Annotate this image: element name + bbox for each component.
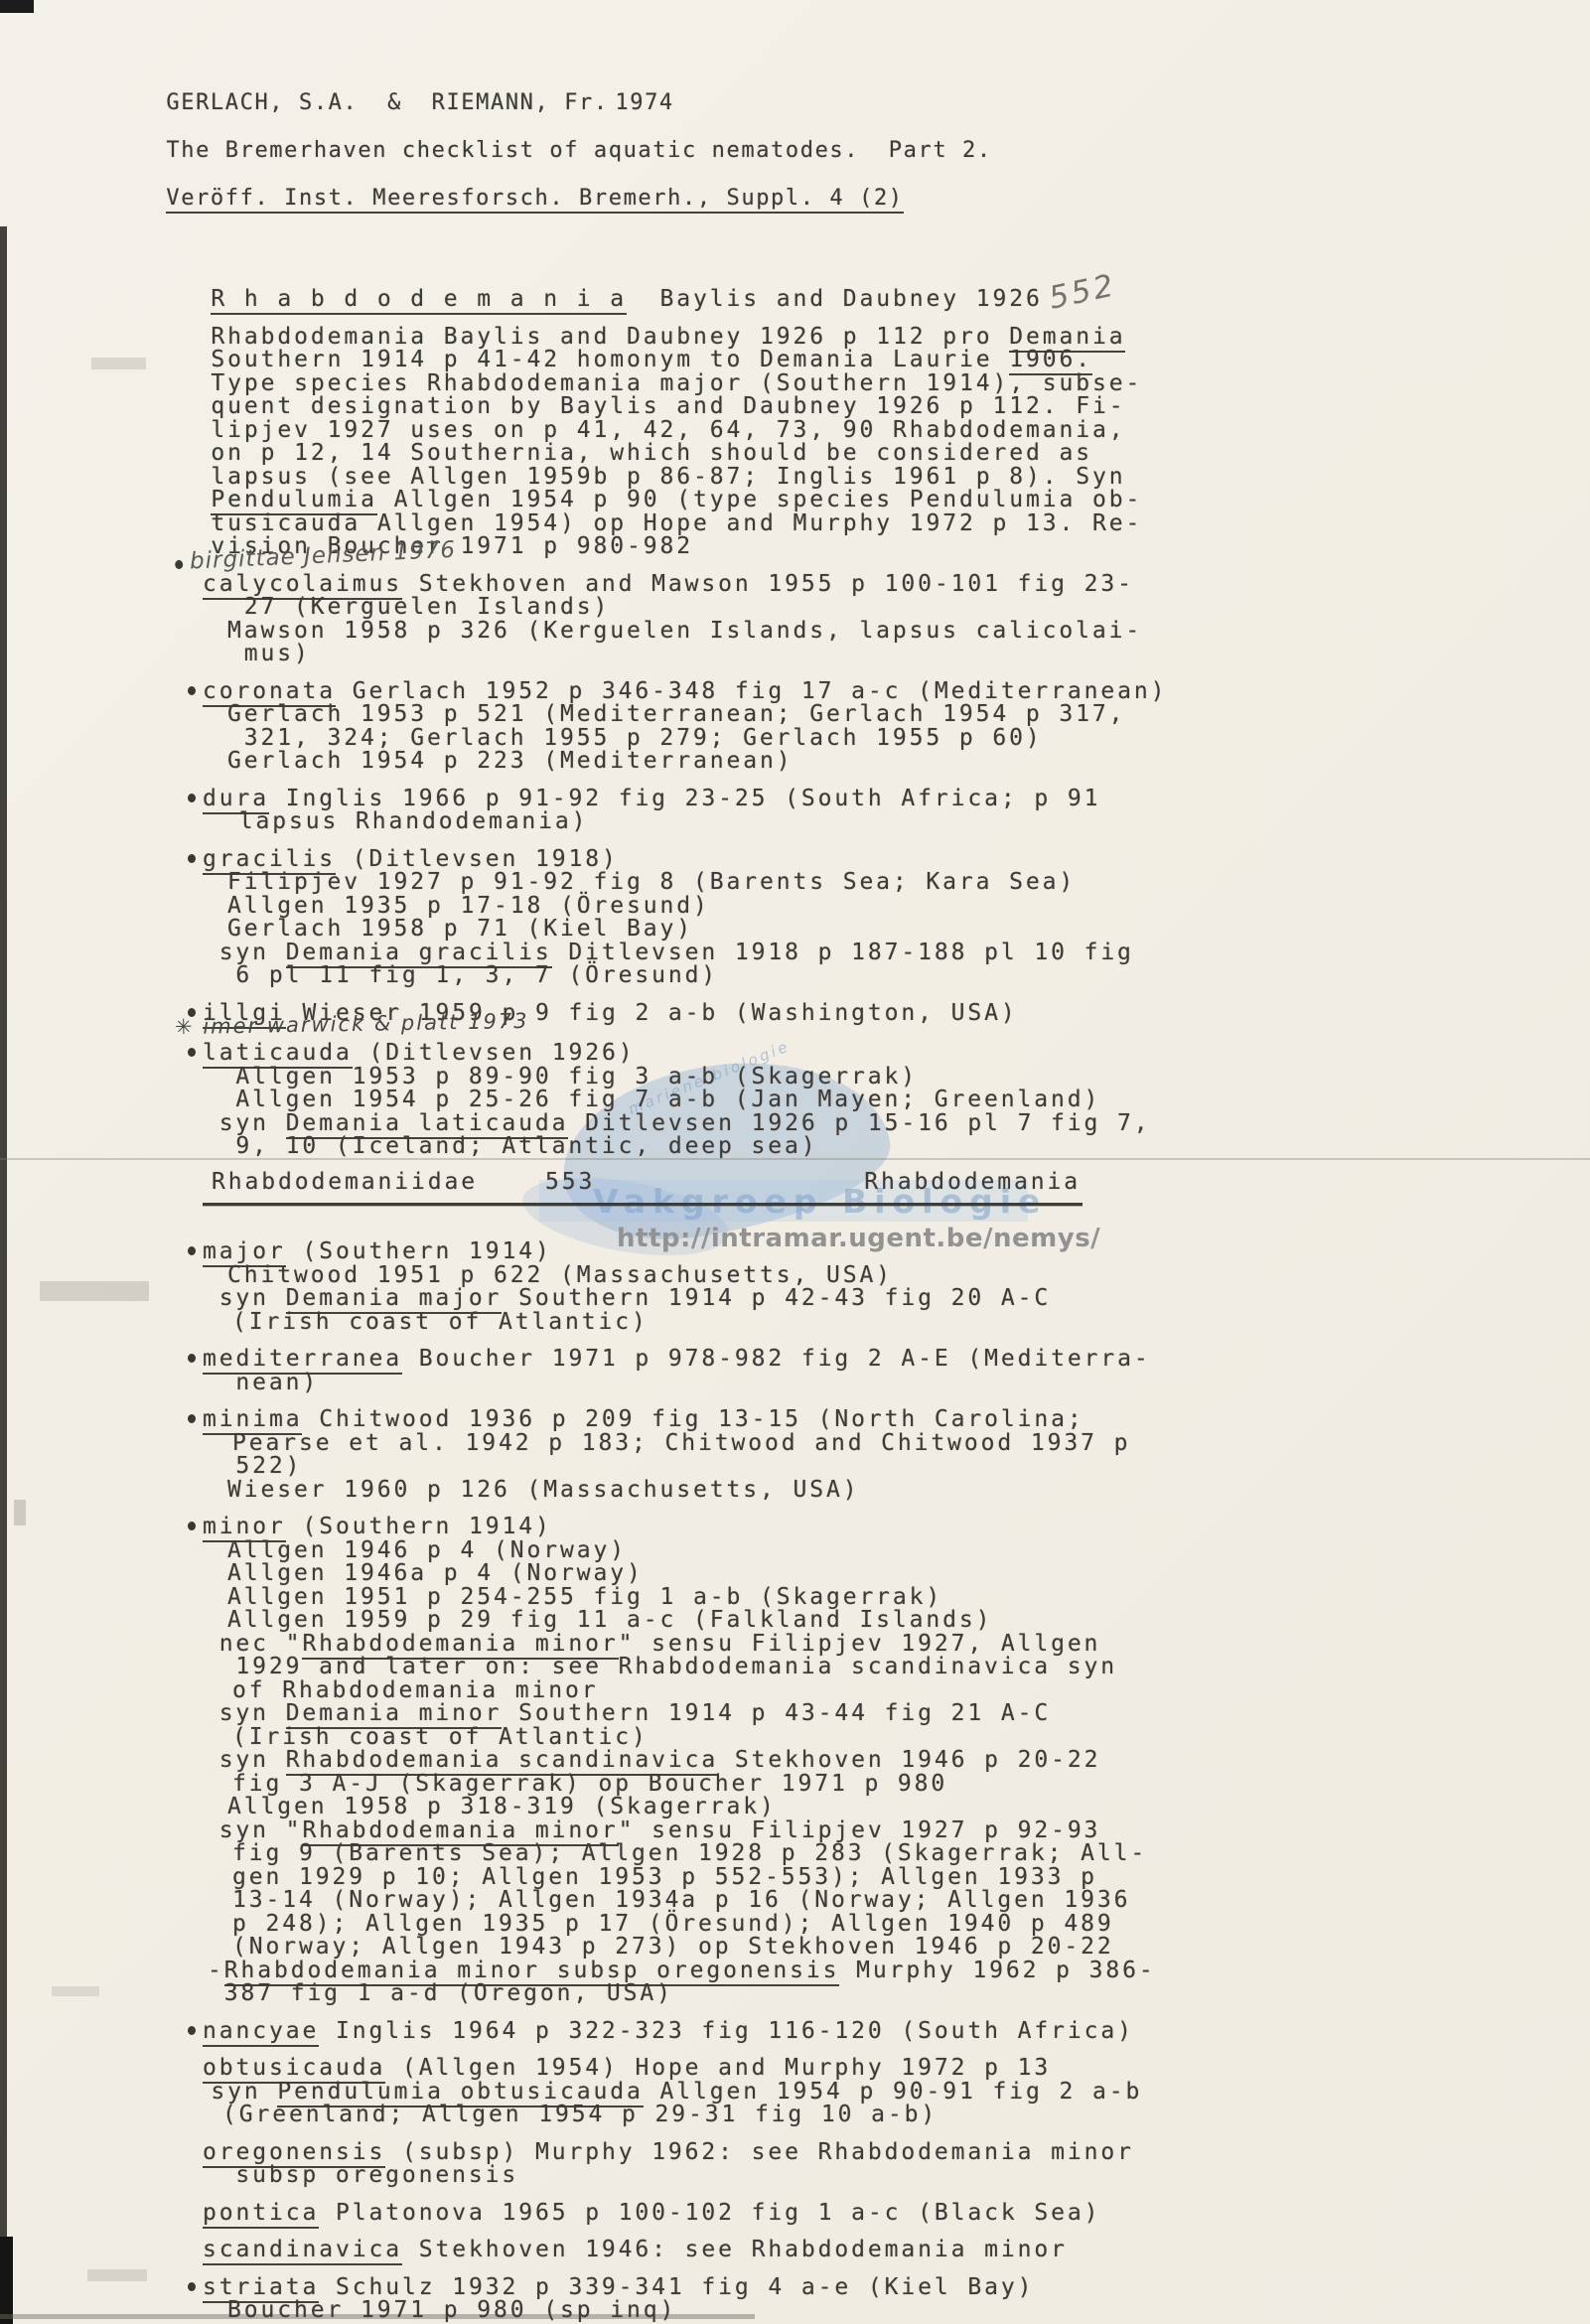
citation-text: Platonova 1965 p 100-102 fig 1 a-c (Blac…: [319, 2200, 1100, 2226]
text-line: Wieser 1960 p 126 (Massachusetts, USA): [203, 1477, 1590, 1501]
scan-smudge: [14, 1500, 26, 1525]
text-line: syn Demania gracilis Ditlevsen 1918 p 18…: [203, 940, 1590, 963]
line-gap: [203, 664, 213, 678]
text-line: 6 pl 11 fig 1, 3, 7 (Öresund): [203, 962, 1590, 986]
citation-text: Ditlevsen 1918 p 187-188 pl 10 fig: [552, 940, 1134, 965]
entry-bullet-icon: [188, 1354, 196, 1363]
citation-text: Ditlevsen 1926 p 15-16 pl 7 fig 7,: [568, 1110, 1150, 1136]
scan-edge-top-left: [0, 0, 34, 13]
text-line: lapsus Rhandodemania): [203, 808, 1590, 832]
document-journal: Veröff. Inst. Meeresforsch. Bremerh., Su…: [107, 161, 904, 211]
running-head-family: Rhabdodemaniidae: [212, 1169, 478, 1195]
citation-text: lapsus (see Allgen 1959b p 86-87; Inglis…: [211, 464, 1125, 490]
citation-text: Baylis and Daubney 1926: [627, 286, 1043, 312]
citation-text: (Ditlevsen 1918): [336, 846, 619, 872]
line-gap: [203, 2004, 213, 2018]
genus-heading: R h a b d o d e m a n i a Baylis and Dau…: [203, 286, 1590, 310]
citation-text: -: [208, 1958, 224, 1983]
species-entry: striata Schulz 1932 p 339-341 fig 4 a-e …: [203, 2274, 1590, 2298]
scan-smudge: [87, 2269, 147, 2281]
citation-text: Chitwood 1936 p 209 fig 13-15 (North Car…: [302, 1406, 1084, 1432]
text-line: Allgen 1951 p 254-255 fig 1 a-b (Skagerr…: [203, 1584, 1590, 1608]
text-line: Boucher 1971 p 980 (sp inq): [203, 2297, 1590, 2321]
citation-text: fig 9 (Barents Sea); Allgen 1928 p 283 (…: [232, 1840, 1147, 1866]
citation-text: 27 (Kerguelen Islands): [244, 594, 610, 620]
entry-bullet-icon: [188, 794, 196, 802]
citation-text: Rhabdodemania Baylis and Daubney 1926 p …: [211, 324, 1009, 350]
citation-text: Allgen 1954 p 90-91 fig 2 a-b: [644, 2079, 1142, 2105]
text-line: -Rhabdodemania minor subsp oregonensis M…: [203, 1958, 1590, 1981]
running-head-page-number: 553: [545, 1169, 595, 1195]
citation-text: fig 3 A-J (Skagerrak) op Boucher 1971 p …: [232, 1771, 947, 1797]
text-line: syn "Rhabdodemania minor" sensu Filipjev…: [203, 1817, 1590, 1841]
citation-text: gen 1929 p 10; Allgen 1953 p 552-553); A…: [232, 1864, 1097, 1890]
citation-text: (Irish coast of Atlantic): [232, 1724, 649, 1750]
entry-bullet-icon: [188, 686, 196, 695]
citation-text: Filipjev 1927 p 91-92 fig 8 (Barents Sea…: [227, 869, 1076, 895]
citation-text: Southern 1914 p 43-44 fig 21 A-C: [502, 1700, 1051, 1726]
text-line: Pendulumia Allgen 1954 p 90 (type specie…: [203, 487, 1590, 510]
document-year: 1974: [556, 66, 674, 115]
entry-bullet-icon: [188, 1522, 196, 1530]
species-entry: coronata Gerlach 1952 p 346-348 fig 17 a…: [203, 678, 1590, 702]
entry-bullet-icon: [188, 2282, 196, 2291]
text-line: 13-14 (Norway); Allgen 1934a p 16 (Norwa…: [203, 1887, 1590, 1911]
species-entry: gracilis (Ditlevsen 1918): [203, 846, 1590, 870]
species-entry: obtusicauda (Allgen 1954) Hope and Murph…: [203, 2055, 1590, 2079]
text-line: syn Demania minor Southern 1914 p 43-44 …: [203, 1700, 1590, 1724]
citation-text: Allgen 1954 p 90 (type species Pendulumi…: [377, 487, 1142, 512]
document-authors: GERLACH, S.A. & RIEMANN, Fr.: [107, 66, 609, 115]
citation-text: 1929 and later on: see Rhabdodemania sca…: [235, 1654, 1117, 1679]
scan-smudge: [40, 1281, 149, 1301]
text-line: Pearse et al. 1942 p 183; Chitwood and C…: [203, 1430, 1590, 1454]
text-line: (Greenland; Allgen 1954 p 29-31 fig 10 a…: [203, 2102, 1590, 2125]
citation-text: Boucher 1971 p 980 (sp inq): [227, 2297, 676, 2323]
text-line: gen 1929 p 10; Allgen 1953 p 552-553); A…: [203, 1864, 1590, 1888]
text-line: Gerlach 1958 p 71 (Kiel Bay): [203, 916, 1590, 940]
citation-text: of Rhabdodemania minor: [232, 1677, 598, 1703]
line-gap: [203, 832, 213, 846]
entry-bullet-icon: [188, 2026, 196, 2035]
running-head-rule: [203, 1203, 1083, 1206]
citation-text: syn: [219, 1110, 286, 1136]
scanned-document-page: mariene biologie Vakgroep Biologie http:…: [0, 0, 1590, 2324]
text-line: of Rhabdodemania minor: [203, 1677, 1590, 1701]
running-head: Rhabdodemaniidae553Rhabdodemania: [203, 1157, 1081, 1239]
citation-text: " sensu Filipjev 1927 p 92-93: [619, 1817, 1101, 1843]
text-line: lipjev 1927 uses on p 41, 42, 64, 73, 90…: [203, 417, 1590, 441]
citation-text: (subsp) Murphy 1962: see Rhabdodemania m…: [385, 2139, 1134, 2165]
text-line: mus): [203, 641, 1590, 664]
citation-text: on p 12, 14 Southernia, which should be …: [211, 440, 1092, 466]
citation-text: Stekhoven and Mawson 1955 p 100-101 fig …: [402, 571, 1134, 597]
text-line: 27 (Kerguelen Islands): [203, 594, 1590, 618]
text-line: subsp oregonensis: [203, 2162, 1590, 2186]
text-line: Southern 1914 p 41-42 homonym to Demania…: [203, 347, 1590, 370]
text-line: 9, 10 (Iceland; Atlantic, deep sea): [203, 1133, 1590, 1157]
entry-bullet-icon: [188, 1048, 196, 1057]
text-line: fig 9 (Barents Sea); Allgen 1928 p 283 (…: [203, 1840, 1590, 1864]
citation-text: tusicauda Allgen 1954) op Hope and Murph…: [211, 510, 1142, 536]
text-line: syn Pendulumia obtusicauda Allgen 1954 p…: [203, 2079, 1590, 2103]
citation-text: (Southern 1914): [286, 1514, 552, 1539]
citation-text: syn: [211, 2079, 277, 2105]
text-line: quent designation by Baylis and Daubney …: [203, 393, 1590, 417]
citation-text: Gerlach 1952 p 346-348 fig 17 a-c (Medit…: [336, 678, 1167, 704]
citation-text: syn: [219, 1747, 286, 1773]
citation-text: quent designation by Baylis and Daubney …: [211, 393, 1125, 419]
authors-text: GERLACH, S.A. & RIEMANN, Fr.: [166, 90, 608, 115]
scan-edge-left-strip-bottom: [0, 2237, 13, 2324]
species-entry: nancyae Inglis 1964 p 322-323 fig 116-12…: [203, 2018, 1590, 2042]
species-entry: pontica Platonova 1965 p 100-102 fig 1 a…: [203, 2200, 1590, 2224]
text-line: p 248); Allgen 1935 p 17 (Öresund); Allg…: [203, 1911, 1590, 1935]
text-line: Allgen 1958 p 318-319 (Skagerrak): [203, 1794, 1590, 1817]
citation-text: Allgen 1951 p 254-255 fig 1 a-b (Skagerr…: [227, 1584, 942, 1610]
citation-text: Mawson 1958 p 326 (Kerguelen Islands, la…: [227, 618, 1142, 644]
citation-text: 522): [235, 1453, 302, 1479]
citation-text: (Norway; Allgen 1943 p 273) op Stekhoven…: [232, 1934, 1114, 1960]
citation-text: Allgen 1959 p 29 fig 11 a-c (Falkland Is…: [227, 1607, 992, 1633]
text-line: 1929 and later on: see Rhabdodemania sca…: [203, 1654, 1590, 1677]
citation-text: Boucher 1971 p 978-982 fig 2 A-E (Medite…: [402, 1346, 1151, 1372]
taxon-name: nancyae: [203, 2018, 319, 2047]
citation-text: nean): [235, 1370, 319, 1395]
citation-text: nec ": [219, 1631, 303, 1657]
citation-text: 6 pl 11 fig 1, 3, 7 (Öresund): [235, 962, 718, 988]
citation-text: " sensu Filipjev 1927, Allgen: [619, 1631, 1101, 1657]
species-entry: minima Chitwood 1936 p 209 fig 13-15 (No…: [203, 1406, 1590, 1430]
taxon-name: R h a b d o d e m a n i a: [211, 286, 627, 315]
citation-text: Inglis 1964 p 322-323 fig 116-120 (South…: [319, 2018, 1134, 2044]
citation-text: Wieser 1960 p 126 (Massachusetts, USA): [227, 1477, 859, 1503]
citation-text: lipjev 1927 uses on p 41, 42, 64, 73, 90…: [211, 417, 1125, 443]
entry-bullet-icon: [188, 1246, 196, 1255]
text-line: Chitwood 1951 p 622 (Massachusetts, USA): [203, 1262, 1590, 1286]
citation-text: Pearse et al. 1942 p 183; Chitwood and C…: [232, 1430, 1130, 1456]
citation-text: Type species Rhabdodemania major (Southe…: [211, 370, 1142, 396]
line-gap: [203, 2186, 213, 2200]
line-gap: [203, 2125, 213, 2139]
document-title: The Bremerhaven checklist of aquatic nem…: [107, 113, 992, 163]
scan-smudge: [91, 358, 146, 369]
text-line: Allgen 1954 p 25-26 fig 7 a-b (Jan Mayen…: [203, 1087, 1590, 1110]
citation-text: lapsus Rhandodemania): [239, 808, 589, 834]
text-line: Allgen 1946 p 4 (Norway): [203, 1537, 1590, 1561]
citation-text: (Southern 1914): [286, 1238, 552, 1264]
text-line: (Norway; Allgen 1943 p 273) op Stekhoven…: [203, 1934, 1590, 1958]
citation-text: subsp oregonensis: [235, 2162, 518, 2188]
taxon-name: pontica: [203, 2200, 319, 2229]
citation-text: syn: [219, 1285, 286, 1311]
text-line: Allgen 1935 p 17-18 (Öresund): [203, 893, 1590, 917]
citation-text: (Irish coast of Atlantic): [232, 1309, 649, 1335]
citation-text: Southern 1914 p 41-42 homonym to Demania…: [211, 347, 1009, 372]
citation-text: Allgen 1954 p 25-26 fig 7 a-b (Jan Mayen…: [235, 1087, 1100, 1112]
entry-bullet-icon: [188, 854, 196, 863]
citation-text: Southern 1914 p 42-43 fig 20 A-C: [502, 1285, 1051, 1311]
text-line: Rhabdodemania Baylis and Daubney 1926 p …: [203, 324, 1590, 348]
text-line: (Irish coast of Atlantic): [203, 1724, 1590, 1748]
species-entry: oregonensis (subsp) Murphy 1962: see Rha…: [203, 2139, 1590, 2163]
text-line: tusicauda Allgen 1954) op Hope and Murph…: [203, 510, 1590, 534]
citation-text: Schulz 1932 p 339-341 fig 4 a-e (Kiel Ba…: [319, 2274, 1034, 2300]
text-line: on p 12, 14 Southernia, which should be …: [203, 440, 1590, 464]
text-line: Type species Rhabdodemania major (Southe…: [203, 370, 1590, 394]
running-head-genus: Rhabdodemania: [864, 1169, 1081, 1195]
scan-smudge: [52, 1986, 99, 1996]
citation-text: Allgen 1958 p 318-319 (Skagerrak): [227, 1794, 777, 1819]
text-line: syn Demania laticauda Ditlevsen 1926 p 1…: [203, 1110, 1590, 1134]
citation-text: Allgen 1953 p 89-90 fig 3 a-b (Skagerrak…: [235, 1064, 918, 1089]
citation-text: Allgen 1935 p 17-18 (Öresund): [227, 893, 710, 919]
text-line: 321, 324; Gerlach 1955 p 279; Gerlach 19…: [203, 725, 1590, 749]
citation-text: (Ditlevsen 1926): [353, 1040, 636, 1066]
text-line: 387 fig 1 a-d (Oregon, USA): [203, 1980, 1590, 2004]
entry-bullet-icon: [188, 1414, 196, 1423]
text-line: fig 3 A-J (Skagerrak) op Boucher 1971 p …: [203, 1771, 1590, 1795]
citation-text: Inglis 1966 p 91-92 fig 23-25 (South Afr…: [269, 786, 1100, 811]
text-line: lapsus (see Allgen 1959b p 86-87; Inglis…: [203, 464, 1590, 488]
text-line: nean): [203, 1370, 1590, 1393]
species-entry: mediterranea Boucher 1971 p 978-982 fig …: [203, 1346, 1590, 1370]
line-gap: [203, 772, 213, 786]
line-gap: [203, 1332, 213, 1346]
citation-text: 321, 324; Gerlach 1955 p 279; Gerlach 19…: [244, 725, 1043, 751]
text-line: syn Rhabdodemania scandinavica Stekhoven…: [203, 1747, 1590, 1771]
citation-text: (Allgen 1954) Hope and Murphy 1972 p 13: [385, 2055, 1051, 2081]
text-line: syn Demania major Southern 1914 p 42-43 …: [203, 1285, 1590, 1309]
page-edge-scan-line: [0, 1158, 1590, 1160]
taxon-name: scandinavica: [203, 2237, 402, 2265]
citation-text: Gerlach 1954 p 223 (Mediterranean): [227, 748, 793, 774]
citation-text: Allgen 1946 p 4 (Norway): [227, 1537, 627, 1563]
citation-text: 387 fig 1 a-d (Oregon, USA): [224, 1980, 673, 2006]
citation-text: Murphy 1962 p 386-: [839, 1958, 1155, 1983]
text-line: Allgen 1953 p 89-90 fig 3 a-b (Skagerrak…: [203, 1064, 1590, 1088]
species-entry: laticauda (Ditlevsen 1926): [203, 1040, 1590, 1064]
citation-text: Chitwood 1951 p 622 (Massachusetts, USA): [227, 1262, 893, 1288]
line-gap: [203, 986, 213, 1000]
citation-text: Stekhoven 1946: see Rhabdodemania minor: [402, 2237, 1068, 2262]
scan-edge-left-strip: [0, 226, 7, 2324]
text-line: 522): [203, 1453, 1590, 1477]
text-line: Allgen 1959 p 29 fig 11 a-c (Falkland Is…: [203, 1607, 1590, 1631]
citation-text: 9, 10 (Iceland; Atlantic, deep sea): [235, 1133, 817, 1159]
species-entry: major (Southern 1914): [203, 1238, 1590, 1262]
citation-text: Allgen 1946a p 4 (Norway): [227, 1560, 644, 1586]
species-entry: dura Inglis 1966 p 91-92 fig 23-25 (Sout…: [203, 786, 1590, 809]
citation-text: 13-14 (Norway); Allgen 1934a p 16 (Norwa…: [232, 1887, 1130, 1913]
citation-text: Gerlach 1958 p 71 (Kiel Bay): [227, 916, 693, 942]
citation-text: syn: [219, 940, 286, 965]
species-entry: scandinavica Stekhoven 1946: see Rhabdod…: [203, 2237, 1590, 2260]
text-line: Mawson 1958 p 326 (Kerguelen Islands, la…: [203, 618, 1590, 642]
line-gap: [203, 1500, 213, 1514]
species-entry: minor (Southern 1914): [203, 1514, 1590, 1537]
text-line: Allgen 1946a p 4 (Norway): [203, 1560, 1590, 1584]
text-line: (Irish coast of Atlantic): [203, 1309, 1590, 1333]
handwritten-star-icon: ✳: [175, 1015, 195, 1039]
line-gap: [203, 1392, 213, 1406]
text-line: Filipjev 1927 p 91-92 fig 8 (Barents Sea…: [203, 869, 1590, 893]
citation-text: syn: [219, 1700, 286, 1726]
handwritten-bullet-icon: [175, 560, 183, 569]
citation-text: syn ": [219, 1817, 303, 1843]
citation-text: Gerlach 1953 p 521 (Mediterranean; Gerla…: [227, 701, 1125, 727]
checklist-body: R h a b d o d e m a n i a Baylis and Dau…: [203, 286, 1590, 2321]
species-entry: calycolaimus Stekhoven and Mawson 1955 p…: [203, 571, 1590, 595]
citation-text: (Greenland; Allgen 1954 p 29-31 fig 10 a…: [222, 2102, 938, 2127]
citation-text: Stekhoven 1946 p 20-22: [718, 1747, 1100, 1773]
text-line: Gerlach 1954 p 223 (Mediterranean): [203, 748, 1590, 772]
text-line: nec "Rhabdodemania minor" sensu Filipjev…: [203, 1631, 1590, 1655]
text-line: Gerlach 1953 p 521 (Mediterranean; Gerla…: [203, 701, 1590, 725]
citation-text: mus): [244, 641, 311, 666]
citation-text: p 248); Allgen 1935 p 17 (Öresund); Allg…: [232, 1911, 1114, 1937]
